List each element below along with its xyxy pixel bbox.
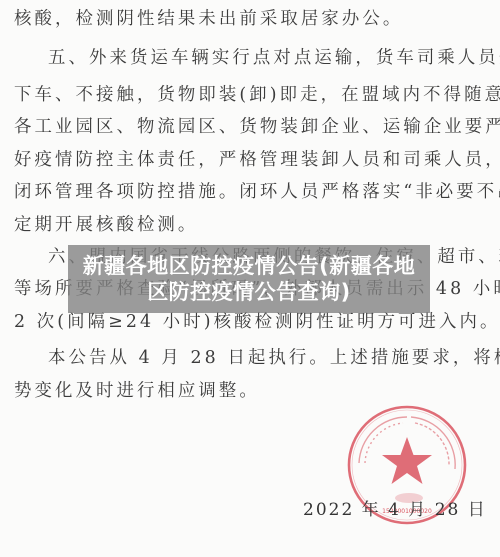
- document-text-line: 核酸，检测阴性结果未出前采取居家办公。: [14, 8, 494, 30]
- document-text-line: 本公告从 4 月 28 日起执行。上述措施要求，将根据疫情形: [48, 347, 500, 369]
- overlay-title-line-1: 新疆各地区防控疫情公告(新疆各地: [83, 253, 416, 279]
- document-text-line: 下车、不接触，货物即装(卸)即走，在盟域内不得随意停靠。: [14, 84, 494, 106]
- document-text-line: 势变化及时进行相应调整。: [14, 380, 494, 402]
- document-text-line: 定期开展核酸检测。: [14, 214, 494, 236]
- document-text-line: 好疫情防控主体责任，严格管理装卸人员和司乘人员，落实好: [14, 149, 494, 171]
- overlay-title-line-2: 区防控疫情公告查询): [147, 279, 351, 305]
- signature-date: 2022 年 4 月 28 日: [303, 495, 487, 520]
- document-text-line: 各工业园区、物流园区、货物装卸企业、运输企业要严格落实: [14, 116, 494, 138]
- document-text-line: 五、外来货运车辆实行点对点运输，货车司乘人员全程不: [48, 47, 500, 69]
- title-overlay-banner[interactable]: 新疆各地区防控疫情公告(新疆各地 区防控疫情公告查询): [68, 245, 430, 313]
- document-text-line: 2 次(间隔≥24 小时)核酸检测阴性证明方可进入内。: [14, 311, 494, 333]
- document-text-line: 闭环管理各项防控措施。闭环人员严格落实“非必要不出入”，: [14, 181, 494, 203]
